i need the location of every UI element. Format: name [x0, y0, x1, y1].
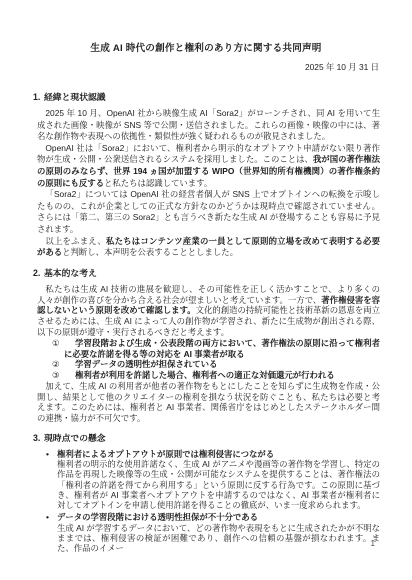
text-run: 2025 年 10 月、OpenAI 社から映像生成 AI「Sora2」がローン…	[37, 108, 380, 141]
page-number: 1	[370, 538, 375, 548]
emphasis-text: 学習段階および生成・公表段階の両方において、著作権法の原則に沿って権利者に必要な…	[64, 338, 380, 359]
principle-item: ②学習データの透明性が担保されている	[52, 359, 380, 370]
section-title: 基本的な考え	[44, 268, 97, 278]
concern-body: 権利者の明示的な使用許諾なく、生成 AI がアニメや漫画等の著作物を学習し、特定…	[57, 459, 380, 510]
section-2: 2.基本的な考え私たちは生成 AI 技術の進展を歓迎し、その可能性を正しく活かす…	[33, 266, 380, 424]
emphasis-text: 権利者が利用を許諾した場合、権利者への適正な対価還元が行われる	[75, 370, 335, 380]
paragraph: OpenAI 社は「Sora2」において、権利者から明示的なオプトアウト申請がな…	[37, 143, 380, 189]
section-title: 経緯と現状認識	[44, 92, 106, 102]
section-number: 1.	[33, 92, 44, 102]
section-number: 2.	[33, 268, 44, 278]
section-3: 3.現時点での懸念•権利者によるオプトアウトが原則では権利侵害につながる権利者の…	[33, 431, 380, 553]
paragraph: 2025 年 10 月、OpenAI 社から映像生成 AI「Sora2」がローン…	[37, 108, 380, 143]
concern-title: データの学習段階における透明性担保が不十分である	[57, 512, 380, 522]
section-number: 3.	[33, 433, 44, 443]
document-body: 1.経緯と現状認識2025 年 10 月、OpenAI 社から映像生成 AI「S…	[33, 90, 380, 553]
principle-item: ③権利者が利用を許諾した場合、権利者への適正な対価還元が行われる	[52, 370, 380, 381]
emphasis-text: 学習データの透明性が担保されている	[75, 359, 217, 369]
section-heading: 2.基本的な考え	[33, 266, 380, 279]
circled-number-icon: ②	[52, 359, 60, 370]
concern-item: •データの学習段階における透明性担保が不十分である生成 AI が学習するデータに…	[46, 512, 380, 553]
principle-item: ①学習段階および生成・公表段階の両方において、著作権法の原則に沿って権利者に必要…	[52, 338, 380, 360]
text-run: と私たちは認識しています。	[104, 178, 212, 188]
document-title: 生成 AI 時代の創作と権利のあり方に関する共同声明	[0, 0, 412, 54]
paragraph: 以上をふまえ、私たちはコンテンツ産業の一員として原則的立場を改めて表明する必要が…	[37, 236, 380, 259]
circled-number-icon: ①	[52, 338, 60, 349]
section-title: 現時点での懸念	[44, 433, 106, 443]
circled-number-icon: ③	[52, 370, 60, 381]
principle-text: 学習段階および生成・公表段階の両方において、著作権法の原則に沿って権利者に必要な…	[64, 338, 380, 359]
concern-item: •権利者によるオプトアウトが原則では権利侵害につながる権利者の明示的な使用許諾な…	[46, 449, 380, 510]
section-1: 1.経緯と現状認識2025 年 10 月、OpenAI 社から映像生成 AI「S…	[33, 90, 380, 259]
principle-text: 権利者が利用を許諾した場合、権利者への適正な対価還元が行われる	[75, 370, 335, 380]
text-run: 権利者の明示的な使用許諾なく、生成 AI がアニメや漫画等の著作物を学習し、特定…	[57, 459, 380, 510]
section-heading: 1.経緯と現状認識	[33, 90, 380, 103]
document-page: 生成 AI 時代の創作と権利のあり方に関する共同声明 2025 年 10 月 3…	[0, 0, 412, 580]
text-run: 「Sora2」については OpenAI 社の経営者個人が SNS 上でオプトイン…	[37, 189, 380, 234]
bullet-icon: •	[46, 449, 57, 510]
concern-title: 権利者によるオプトアウトが原則では権利侵害につながる	[57, 449, 380, 459]
concern-body: 生成 AI が学習するデータにおいて、どの著作物や表現をもとに生成されたかが不明…	[57, 523, 380, 554]
text-run: 加えて、生成 AI の利用者が他者の著作物をもとにしたことを知らずに生成物を作成…	[37, 381, 380, 423]
document-date: 2025 年 10 月 31 日	[0, 61, 379, 73]
text-run: と判断し、本声明を公表することとしました。	[62, 247, 238, 257]
paragraph: 加えて、生成 AI の利用者が他者の著作物をもとにしたことを知らずに生成物を作成…	[37, 381, 380, 424]
concern-content: データの学習段階における透明性担保が不十分である生成 AI が学習するデータにお…	[57, 512, 380, 553]
text-run: 以上をふまえ、	[45, 236, 106, 246]
paragraph: 私たちは生成 AI 技術の進展を歓迎し、その可能性を正しく活かすことで、より多く…	[37, 284, 380, 338]
principle-text: 学習データの透明性が担保されている	[75, 359, 217, 369]
section-heading: 3.現時点での懸念	[33, 431, 380, 444]
paragraph: 「Sora2」については OpenAI 社の経営者個人が SNS 上でオプトイン…	[37, 189, 380, 235]
concern-content: 権利者によるオプトアウトが原則では権利侵害につながる権利者の明示的な使用許諾なく…	[57, 449, 380, 510]
bullet-icon: •	[46, 512, 57, 553]
text-run: 生成 AI が学習するデータにおいて、どの著作物や表現をもとに生成されたかが不明…	[57, 523, 380, 553]
